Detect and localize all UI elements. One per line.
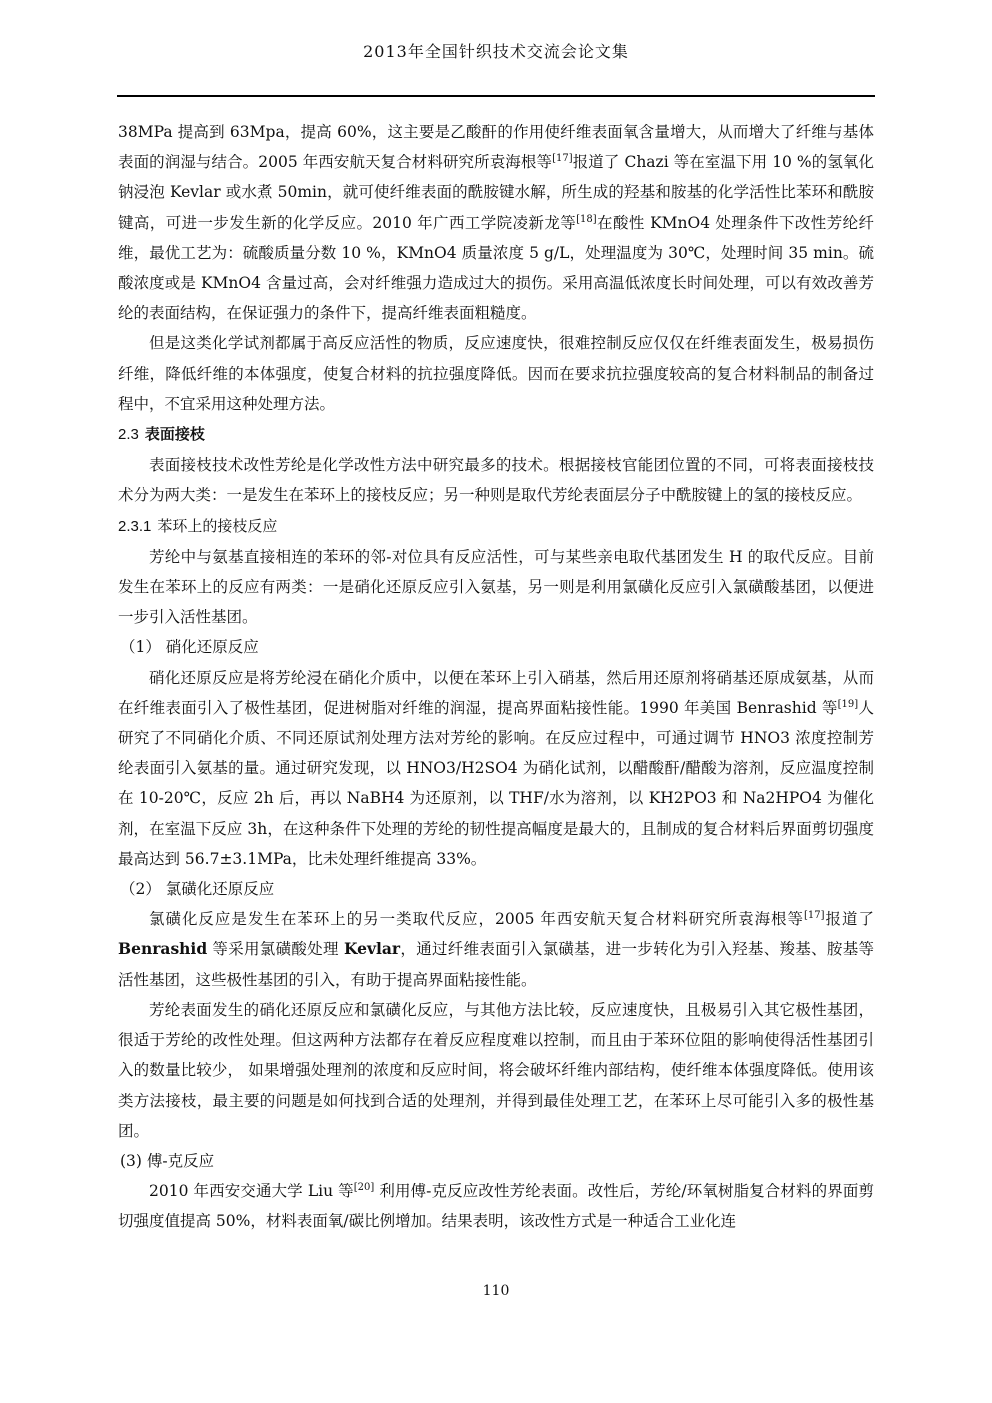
paragraph-chemical-reagents: 但是这类化学试剂都属于高反应活性的物质，反应速度快，很难控制反应仅仅在纤维表面发… (118, 328, 874, 419)
section-heading-2-3: 2.3表面接枝 (118, 419, 874, 450)
page-number: 110 (117, 1283, 875, 1299)
paragraph-nitration-reduction: 硝化还原反应是将芳纶浸在硝化介质中，以便在苯环上引入硝基，然后用还原剂将硝基还原… (118, 663, 874, 874)
running-header: 2013年全国针织技术交流会论文集 (117, 40, 875, 64)
section-title: 苯环上的接枝反应 (157, 517, 277, 535)
paragraph-acetic-anhydride: 38MPa 提高到 63Mpa，提高 60%，这主要是乙酸酐的作用使纤维表面氧含… (118, 117, 874, 328)
bold-term: Benrashid (118, 939, 207, 958)
section-heading-2-3-1: 2.3.1苯环上的接枝反应 (118, 511, 874, 542)
header-rule (117, 95, 875, 97)
paragraph-chlorosulfonation: 氯磺化反应是发生在苯环上的另一类取代反应，2005 年西安航天复合材料研究所袁海… (118, 904, 874, 995)
subheading-nitration-reduction: （1） 硝化还原反应 (118, 632, 874, 662)
paragraph-friedel-crafts: 2010 年西安交通大学 Liu 等[20] 利用傅-克反应改性芳纶表面。改性后… (118, 1176, 874, 1236)
paragraph-benzene-ring-grafting: 芳纶中与氨基直接相连的苯环的邻-对位具有反应活性，可与某些亲电取代基团发生 H … (118, 542, 874, 633)
paragraph-surface-grafting: 表面接枝技术改性芳纶是化学改性方法中研究最多的技术。根据接枝官能团位置的不同，可… (118, 450, 874, 510)
section-number: 2.3 (118, 426, 139, 443)
bold-term: Kevlar (344, 939, 400, 958)
citation-ref: [20] (354, 1182, 375, 1193)
section-title: 表面接枝 (145, 425, 205, 443)
subheading-friedel-crafts: (3) 傅-克反应 (118, 1146, 874, 1176)
citation-ref: [17] (804, 910, 825, 921)
subheading-chlorosulfonation: （2） 氯磺化还原反应 (118, 874, 874, 904)
section-number: 2.3.1 (118, 518, 151, 535)
page-body: 38MPa 提高到 63Mpa，提高 60%，这主要是乙酸酐的作用使纤维表面氧含… (118, 117, 874, 1237)
citation-ref: [17] (552, 153, 573, 164)
paragraph-comparison: 芳纶表面发生的硝化还原反应和氯磺化反应，与其他方法比较，反应速度快，且极易引入其… (118, 995, 874, 1146)
citation-ref: [18] (576, 214, 597, 225)
citation-ref: [19] (838, 699, 859, 710)
